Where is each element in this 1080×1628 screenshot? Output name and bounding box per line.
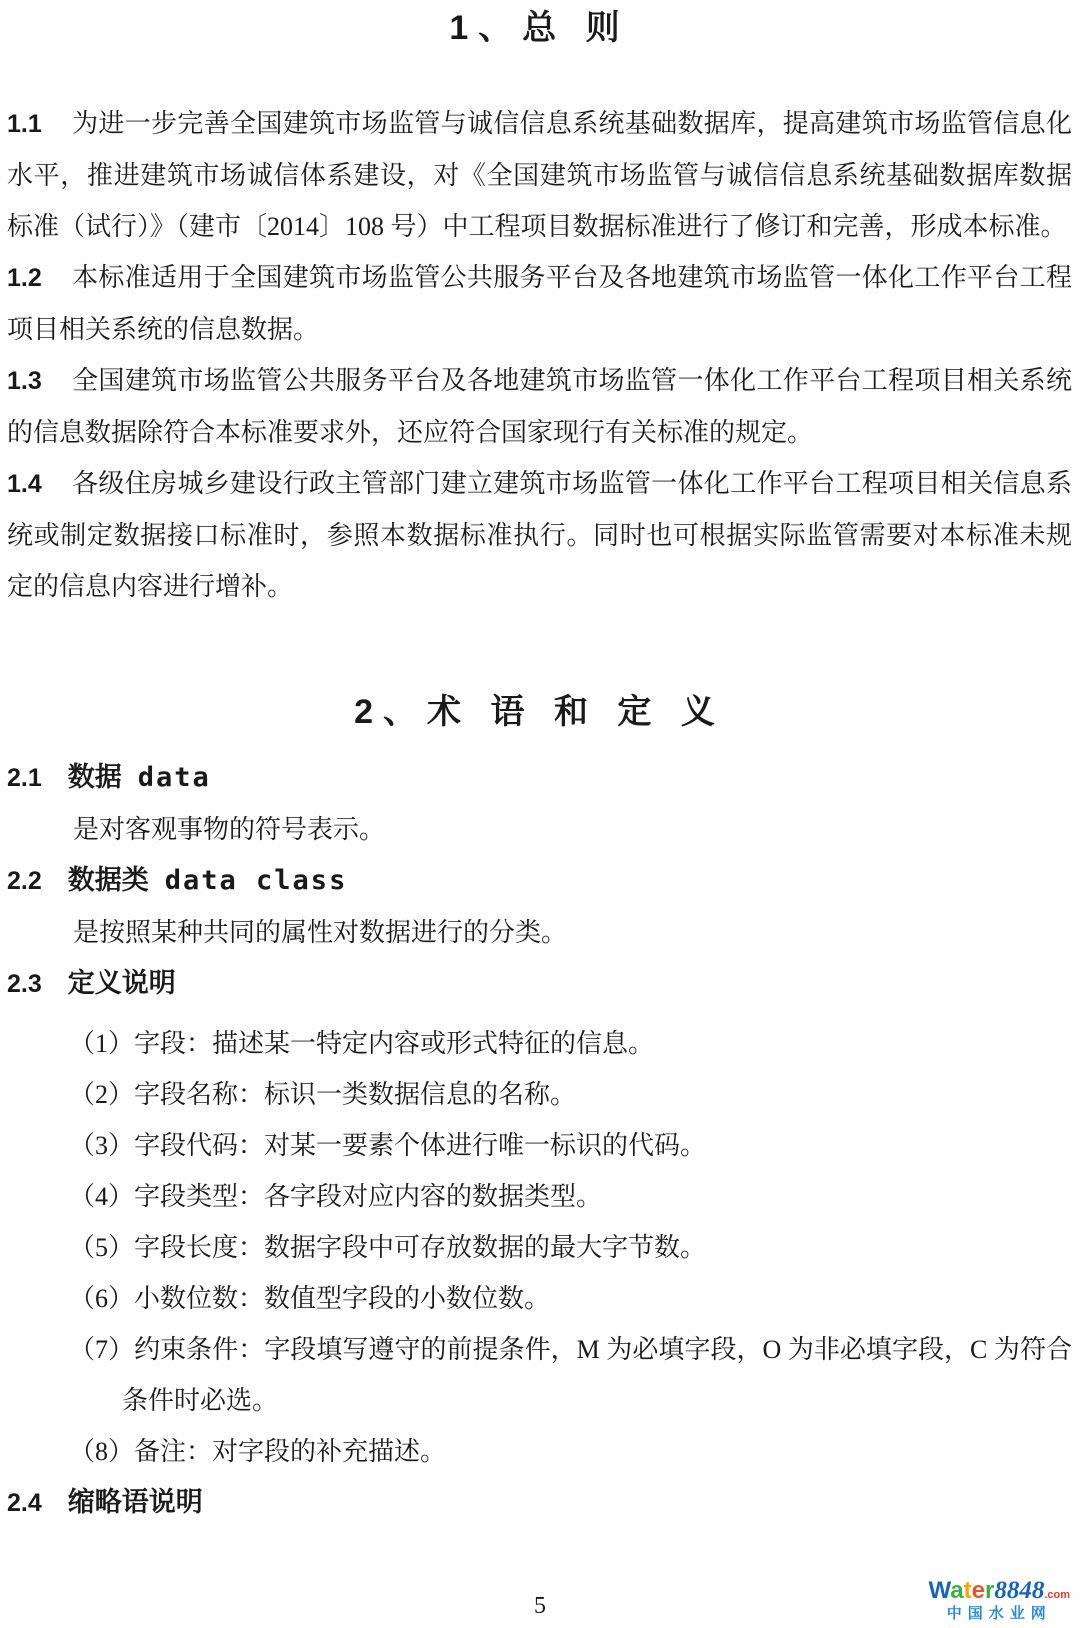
term-definition: 是对客观事物的符号表示。 xyxy=(7,804,1072,855)
term-name: 数据类 xyxy=(68,865,149,895)
logo-wordmark: Water8848.com xyxy=(928,1578,1070,1604)
clause-1-4: 1.4各级住房城乡建设行政主管部门建立建筑市场监管一体化工作平台工程项目相关信息… xyxy=(7,458,1072,612)
definition-item: （8）备注：对字段的补充描述。 xyxy=(7,1426,1072,1477)
clause-2-3: 2.3定义说明 （1）字段：描述某一特定内容或形式特征的信息。 （2）字段名称：… xyxy=(7,958,1072,1477)
definition-item: （5）字段长度：数据字段中可存放数据的最大字节数。 xyxy=(7,1222,1072,1273)
term-name: 定义说明 xyxy=(68,968,176,998)
term-label: 2.2 xyxy=(7,867,42,895)
clause-2-4: 2.4缩略语说明 xyxy=(7,1477,1072,1529)
term-label: 2.3 xyxy=(7,970,42,998)
clause-text: 全国建筑市场监管公共服务平台及各地建筑市场监管一体化工作平台工程项目相关系统的信… xyxy=(7,366,1072,447)
logo-number: 8848 xyxy=(994,1577,1044,1604)
term-latin: data class xyxy=(165,865,348,896)
term-definition: 是按照某种共同的属性对数据进行的分类。 xyxy=(7,907,1072,958)
clause-1-3: 1.3全国建筑市场监管公共服务平台及各地建筑市场监管一体化工作平台工程项目相关系… xyxy=(7,355,1072,458)
section-title-terms-definitions: 2、术 语 和 定 义 xyxy=(7,690,1072,734)
definition-list: （1）字段：描述某一特定内容或形式特征的信息。 （2）字段名称：标识一类数据信息… xyxy=(7,1018,1072,1477)
term-heading: 2.1数据data xyxy=(7,752,1072,804)
clause-label: 1.3 xyxy=(7,367,42,395)
abbreviations-heading: 2.4缩略语说明 xyxy=(7,1477,1072,1529)
clause-label: 1.4 xyxy=(7,470,42,498)
logo-tld: .com xyxy=(1044,1589,1070,1601)
document-page: 1、总 则 1.1为进一步完善全国建筑市场监管与诚信信息系统基础数据库，提高建筑… xyxy=(0,0,1080,1628)
term-label: 2.1 xyxy=(7,764,42,792)
definition-item: （6）小数位数：数值型字段的小数位数。 xyxy=(7,1273,1072,1324)
term-2-2: 2.2数据类data class 是按照某种共同的属性对数据进行的分类。 xyxy=(7,855,1072,958)
definition-item: （1）字段：描述某一特定内容或形式特征的信息。 xyxy=(7,1018,1072,1069)
clause-label: 1.2 xyxy=(7,264,42,292)
term-latin: data xyxy=(138,762,211,793)
clause-text: 各级住房城乡建设行政主管部门建立建筑市场监管一体化工作平台工程项目相关信息系统或… xyxy=(7,469,1072,601)
logo-letter: a xyxy=(950,1577,963,1604)
term-name: 数据 xyxy=(68,762,122,792)
term-2-1: 2.1数据data 是对客观事物的符号表示。 xyxy=(7,752,1072,855)
clause-label: 1.1 xyxy=(7,110,42,138)
clause-text: 本标准适用于全国建筑市场监管公共服务平台及各地建筑市场监管一体化工作平台工程项目… xyxy=(7,263,1072,344)
site-logo: Water8848.com 中国水业网 xyxy=(928,1578,1070,1622)
definition-item: （7）约束条件：字段填写遵守的前提条件，M 为必填字段，O 为非必填字段，C 为… xyxy=(7,1324,1072,1426)
section-title-general-provisions: 1、总 则 xyxy=(7,6,1072,50)
term-label: 2.4 xyxy=(7,1489,42,1517)
clause-text: 为进一步完善全国建筑市场监管与诚信信息系统基础数据库，提高建筑市场监管信息化水平… xyxy=(7,109,1072,241)
clause-1-1: 1.1为进一步完善全国建筑市场监管与诚信信息系统基础数据库，提高建筑市场监管信息… xyxy=(7,98,1072,252)
term-heading: 2.2数据类data class xyxy=(7,855,1072,907)
logo-letter: W xyxy=(928,1577,950,1604)
definitions-heading: 2.3定义说明 xyxy=(7,958,1072,1010)
page-number: 5 xyxy=(0,1593,1080,1620)
logo-letter: r xyxy=(985,1577,994,1604)
clause-1-2: 1.2本标准适用于全国建筑市场监管公共服务平台及各地建筑市场监管一体化工作平台工… xyxy=(7,252,1072,355)
logo-letter: t xyxy=(964,1577,972,1604)
term-name: 缩略语说明 xyxy=(68,1487,203,1517)
logo-letter: e xyxy=(972,1577,985,1604)
definition-item: （2）字段名称：标识一类数据信息的名称。 xyxy=(7,1069,1072,1120)
logo-subtitle: 中国水业网 xyxy=(928,1606,1070,1622)
definition-item: （3）字段代码：对某一要素个体进行唯一标识的代码。 xyxy=(7,1120,1072,1171)
definition-item: （4）字段类型：各字段对应内容的数据类型。 xyxy=(7,1171,1072,1222)
